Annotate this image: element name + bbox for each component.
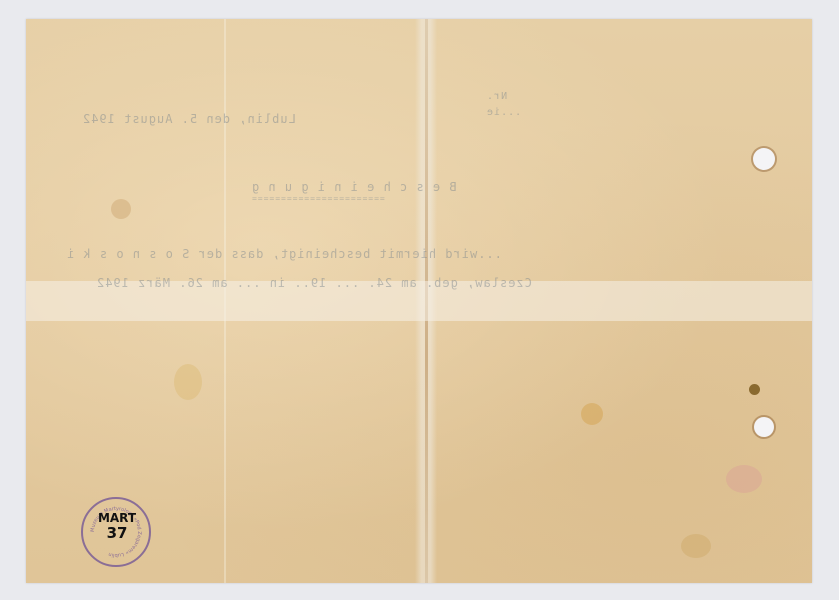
showthrough-date-line: Lublin, den 5. August 1942: [82, 112, 296, 126]
showthrough-body-line-2: Czeslaw, geb. am 24. ... 19.. in ... am …: [96, 276, 532, 290]
stamp-line-2: 37: [97, 526, 137, 541]
stain: [174, 364, 202, 400]
museum-stamp: Muzeum Martyrologii «Pod Zegarem» Lublin…: [81, 497, 151, 567]
stain: [111, 199, 131, 219]
punch-hole-bottom: [754, 417, 774, 437]
stain: [581, 403, 603, 425]
pink-stain: [726, 465, 762, 493]
showthrough-header-right-1: Nr.: [486, 91, 507, 102]
stain: [681, 534, 711, 558]
document-page: Nr. ...ie Lublin, den 5. August 1942 B e…: [26, 19, 812, 583]
showthrough-underline: =======================: [251, 194, 385, 203]
showthrough-heading: B e s c h e i n i g u n g: [251, 180, 457, 194]
punch-hole-top: [753, 148, 775, 170]
showthrough-header-right-2: ...ie: [486, 107, 521, 118]
showthrough-body-line-1: ...wird hiermit bescheinigt, dass der S …: [66, 247, 502, 261]
stamp-handwritten-number: MART 37: [97, 511, 137, 541]
stain-dot: [749, 384, 760, 395]
